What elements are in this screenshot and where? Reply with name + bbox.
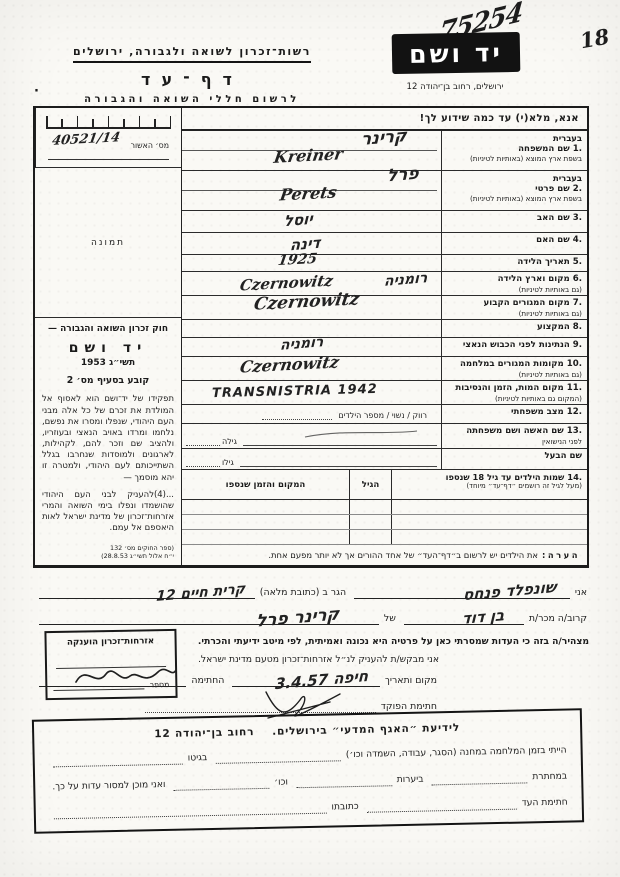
field-father-name: 3.שם האב יוסל [182, 211, 587, 233]
field-sublabel: לפני הנישואין [444, 437, 582, 446]
field-number: 3. [573, 213, 582, 223]
clerk-signature-line: חתימת הפוקד [139, 698, 439, 713]
witness-signature-blank2 [367, 797, 517, 813]
field-family-name: בעברית 1.שם המשפחה בשפת ארץ המוצא (באותי… [182, 131, 587, 171]
place-date-signature-line: מקום ותאריך חיפה 3.4.57 החתימה [33, 672, 439, 687]
handwritten-page-number: 18 [578, 24, 611, 54]
i-label: אני [570, 587, 589, 599]
witness-address-label: כתובתו [326, 801, 361, 814]
field-label: מצב משפחתי [511, 407, 564, 417]
field-number: 8. [573, 322, 582, 332]
handwritten-birth-city: Czernowitz [239, 271, 335, 294]
law-body-text: תפקידו של יד־ושם הוא לאסוף אל המולדת את … [42, 393, 174, 482]
children-table-header: 14.שמות הילדים עד גיל 18 שנספו (מעל לגיל… [182, 470, 587, 500]
declarant-name-blank: שונפלד פנחס [354, 584, 570, 599]
handwritten-place-date: חיפה 3.4.57 [274, 667, 368, 693]
children-row [182, 530, 587, 545]
authority-name: רשות־זכרון לשואה ולגבורה, ירושלים [73, 45, 311, 63]
camp-ghetto-line: הייתי בזמן המלחמה במחנה (הסגר, עבודה, הש… [47, 744, 569, 768]
field-number: 2. [573, 184, 582, 194]
blank-line [56, 652, 166, 669]
field-label: הנתינות לפני הכבוש הנאצי [463, 340, 570, 350]
law-source-line1: (ספר החוקים מס׳ 132 [42, 544, 174, 553]
camp-blank [215, 748, 341, 764]
field-birth-date: 5.תאריך הלידה 1925 [182, 255, 587, 272]
form-header: רשות־זכרון לשואה ולגבורה, ירושלים דף־עד … [42, 40, 342, 105]
ruled-line [182, 150, 437, 151]
law-clause-text: ...(4)להעניק לבני העם היהודי שהושמדו ונפ… [42, 489, 174, 534]
main-form-table: אנא, מלא(י) עד כמה שידוע לך! בעברית 1.שם… [33, 106, 589, 568]
field-sublabel: בשפת ארץ המוצא (באותיות לטיניות) [444, 194, 582, 203]
forests-label: ביערות [392, 774, 426, 787]
law-source: (ספר החוקים מס׳ 132 י״ח אלול תשי״ג 28.8.… [35, 539, 181, 565]
camp-label: הייתי בזמן המלחמה במחנה (הסגר, עבודה, הש… [341, 745, 569, 762]
field-label: מקומות המגורים במלחמה [460, 359, 564, 369]
field-number: 11. [567, 383, 582, 393]
etc-label: וכו׳ [269, 776, 290, 788]
bottom-box-address: רחוב בן־יהודה 12 [154, 726, 254, 740]
handwritten-death-place-year: TRANSNISTRIA 1942 [212, 382, 378, 401]
ruled-line [182, 190, 437, 191]
photo-placeholder: תמונה [35, 168, 181, 318]
place-date-blank: חיפה 3.4.57 [232, 672, 379, 687]
declarant-address-blank: קרית חיים 12 [39, 584, 255, 599]
etc-blank [173, 776, 269, 791]
column-age: הגיל [349, 470, 391, 499]
field-label: שם האם [536, 235, 570, 245]
field-label: תאריך הלידה [517, 257, 569, 267]
form-subtitle: לרשום חללי השואה והגבורה [42, 94, 342, 105]
ruled-line [240, 457, 437, 467]
field-citizenship: 9.הנתינות לפני הכבוש הנאצי רומניה [182, 338, 587, 357]
field-label: שם הבעל [544, 451, 582, 461]
children-sublabel: (מעל לגיל זה רושמים ״דף־עד״ מיוחד) [394, 482, 582, 491]
field-number: 12. [567, 407, 582, 417]
underground-blank [431, 770, 527, 785]
print-mark-dot: · [34, 84, 39, 99]
logo-address: ירושלים, רחוב בן־יהודה 12 [376, 82, 534, 92]
note-text: את הילדים יש לרשום ב״דף־העד״ של אחד ההור… [268, 550, 538, 560]
relationship-line: קרוב/ה מכר/ת בן דוד של קרינר פרל [33, 610, 589, 625]
approval-label: מס׳ האשור [131, 141, 169, 150]
handwritten-approval-number: 40521/14 [51, 130, 121, 149]
field-sublabel: (גם באותיות לטיניות) [444, 309, 582, 318]
column-place-time: המקום והזמן שנספו [182, 470, 349, 499]
approval-number-cell: מס׳ האשור 40521/14 [35, 108, 181, 168]
witness-signature-label: חתימת העד [517, 797, 570, 810]
fill-prompt: אנא, מלא(י) עד כמה שידוע לך! [182, 108, 587, 131]
witness-signature-address-line: חתימת העד כתובתו [48, 796, 570, 820]
field-number: 9. [573, 340, 582, 350]
field-first-name: בעברית 2.שם פרטי בשפת ארץ המוצא (באותיות… [182, 171, 587, 211]
law-title: חוק זכרון השואה והגבורה — [42, 324, 174, 336]
field-number: 5. [573, 257, 582, 267]
relation-label: קרוב/ה מכר/ת [524, 613, 589, 625]
field-marital-status: 12.מצב משפחתי רווק / נשוי / מספר הילדים [182, 405, 587, 424]
field-label: שם המשפחה [518, 144, 570, 154]
field-sublabel: (המקום גם באותיות לטיניות) [444, 394, 582, 403]
resides-label: הגר ב (כתובת מלאה) [255, 587, 348, 599]
children-note: הערה:את הילדים יש לרשום ב״דף־העד״ של אחד… [182, 545, 587, 565]
her-age-label: גילה [220, 437, 239, 446]
relation-blank: בן דוד [404, 610, 524, 625]
field-label: מקום המות, הזמן והנסיבות [455, 383, 563, 393]
witness-address-blank [54, 801, 327, 820]
field-sublabel: (גם באותיות לטיניות) [444, 285, 582, 294]
field-number: 13. [567, 426, 582, 436]
clerk-signature-blank [145, 698, 376, 713]
witness-declaration: אזרחות־זכרון הוענקה מספר אני שונפלד פנחס… [33, 584, 589, 724]
underground-forests-line: במחתרת ביערות וכו׳ ואני מוכן למסור עדות … [47, 770, 569, 794]
his-age-label: גילו [220, 458, 236, 467]
handwritten-declarant-address: קרית חיים 12 [155, 581, 245, 605]
field-label: מקום המגורים הקבוע [484, 298, 570, 308]
field-number: 4. [573, 235, 582, 245]
dotted-blank [186, 458, 220, 467]
field-label: שם האב [537, 213, 570, 223]
declarant-line: אני שונפלד פנחס הגר ב (כתובת מלאה) קרית … [33, 584, 589, 599]
handwritten-father-name: יוסל [284, 210, 314, 231]
field-permanent-residence: 7.מקום המגורים הקבוע(גם באותיות לטיניות)… [182, 296, 587, 320]
place-date-label: מקום ותאריך [380, 675, 439, 687]
field-sublabel: (גם באותיות לטיניות) [444, 370, 582, 379]
law-year: תשי״ג 1953 [42, 358, 174, 370]
field-husband-name: שם הבעל גילו [182, 449, 587, 470]
citizenship-box-title: אזרחות־זכרון הוענקה [53, 636, 169, 648]
ghetto-blank [53, 752, 183, 768]
law-section: קובע בסעיף מס׳ 2 [42, 375, 174, 387]
law-source-line2: י״ח אלול תשי״ג 28.8.53) [42, 552, 174, 561]
in-hebrew-tag: בעברית [444, 173, 582, 184]
law-citation: חוק זכרון השואה והגבורה — יד ושם תשי״ג 1… [35, 318, 181, 539]
children-label: שמות הילדים עד גיל 18 שנספו [446, 472, 565, 482]
field-place-of-death: 11.מקום המות, הזמן והנסיבות(המקום גם באו… [182, 381, 587, 405]
registry-tick-marks [46, 115, 171, 129]
field-number: 10. [567, 359, 582, 369]
side-column: מס׳ האשור 40521/14 תמונה חוק זכרון השואה… [35, 108, 181, 565]
form-title: דף־עד [42, 70, 342, 89]
handwritten-declarant-name: שונפלד פנחס [462, 578, 556, 604]
forests-blank [296, 773, 392, 788]
in-hebrew-tag: בעברית [444, 133, 582, 144]
fields-column: אנא, מלא(י) עד כמה שידוע לך! בעברית 1.שם… [181, 108, 587, 565]
field-wartime-residence: 10.מקומות המגורים במלחמה(גם באותיות לטינ… [182, 357, 587, 381]
field-wife-name: 13.שם האשה ושם משפחתהלפני הנישואין גילה [182, 424, 587, 449]
handwritten-citizenship: רומניה [280, 334, 324, 354]
scientific-division-box: לידיעת ״האגף המדעי״ בירושלים.רחוב בן־יהו… [32, 708, 584, 833]
signature-label: החתימה [186, 675, 226, 687]
handwritten-first-name-latin: Perets [279, 182, 339, 204]
field-sublabel: בשפת ארץ המוצא (באותיות לטיניות) [444, 154, 582, 163]
bottom-box-title: לידיעת ״האגף המדעי״ בירושלים. [272, 722, 460, 738]
field-profession: 8.המקצוע [182, 320, 587, 338]
field-birth-place: 6.מקום וארץ הלידה(גם באותיות לטיניות) רו… [182, 272, 587, 296]
of-label: של [379, 613, 398, 625]
handwritten-subject-name: קרינר פרל [255, 604, 339, 631]
field-label: המקצוע [537, 322, 570, 332]
subject-name-blank: קרינר פרל [39, 610, 379, 625]
note-label: הערה: [542, 550, 580, 560]
handwritten-family-name-latin: Kreiner [273, 144, 345, 167]
law-title-yad-vashem: יד ושם [42, 339, 174, 357]
field-number: 14. [567, 472, 582, 482]
yad-vashem-logo: יד ושם [392, 32, 521, 74]
field-label: מקום וארץ הלידה [498, 274, 570, 284]
field-number: 6. [573, 274, 582, 284]
witness-signature-blank [39, 672, 186, 687]
memorial-citizenship-box: אזרחות־זכרון הוענקה מספר [44, 629, 177, 700]
underground-label: במחתרת [527, 771, 569, 784]
field-mother-name: 4.שם האם דינה [182, 233, 587, 255]
children-row [182, 515, 587, 530]
field-label: שם פרטי [535, 184, 570, 194]
marital-options: רווק / נשוי / מספר הילדים [338, 411, 427, 420]
willing-to-testify-text: ואני מוכן למסור עדות על כך. [47, 779, 167, 794]
dotted-blank [262, 411, 332, 420]
children-row [182, 500, 587, 515]
field-label: שם האשה ושם משפחתה [466, 426, 564, 436]
field-number: 7. [573, 298, 582, 308]
page-of-testimony-document: 75254 18 רשות־זכרון לשואה ולגבורה, ירושל… [0, 0, 620, 877]
handwritten-mother-name: דינה [290, 234, 321, 255]
ruled-line [243, 436, 437, 446]
ghetto-label: בגיטו [183, 752, 210, 765]
handwritten-birth-country: רומניה [383, 270, 427, 290]
handwritten-relation: בן דוד [461, 606, 504, 628]
dotted-blank [186, 437, 220, 446]
field-number: 1. [573, 144, 582, 154]
